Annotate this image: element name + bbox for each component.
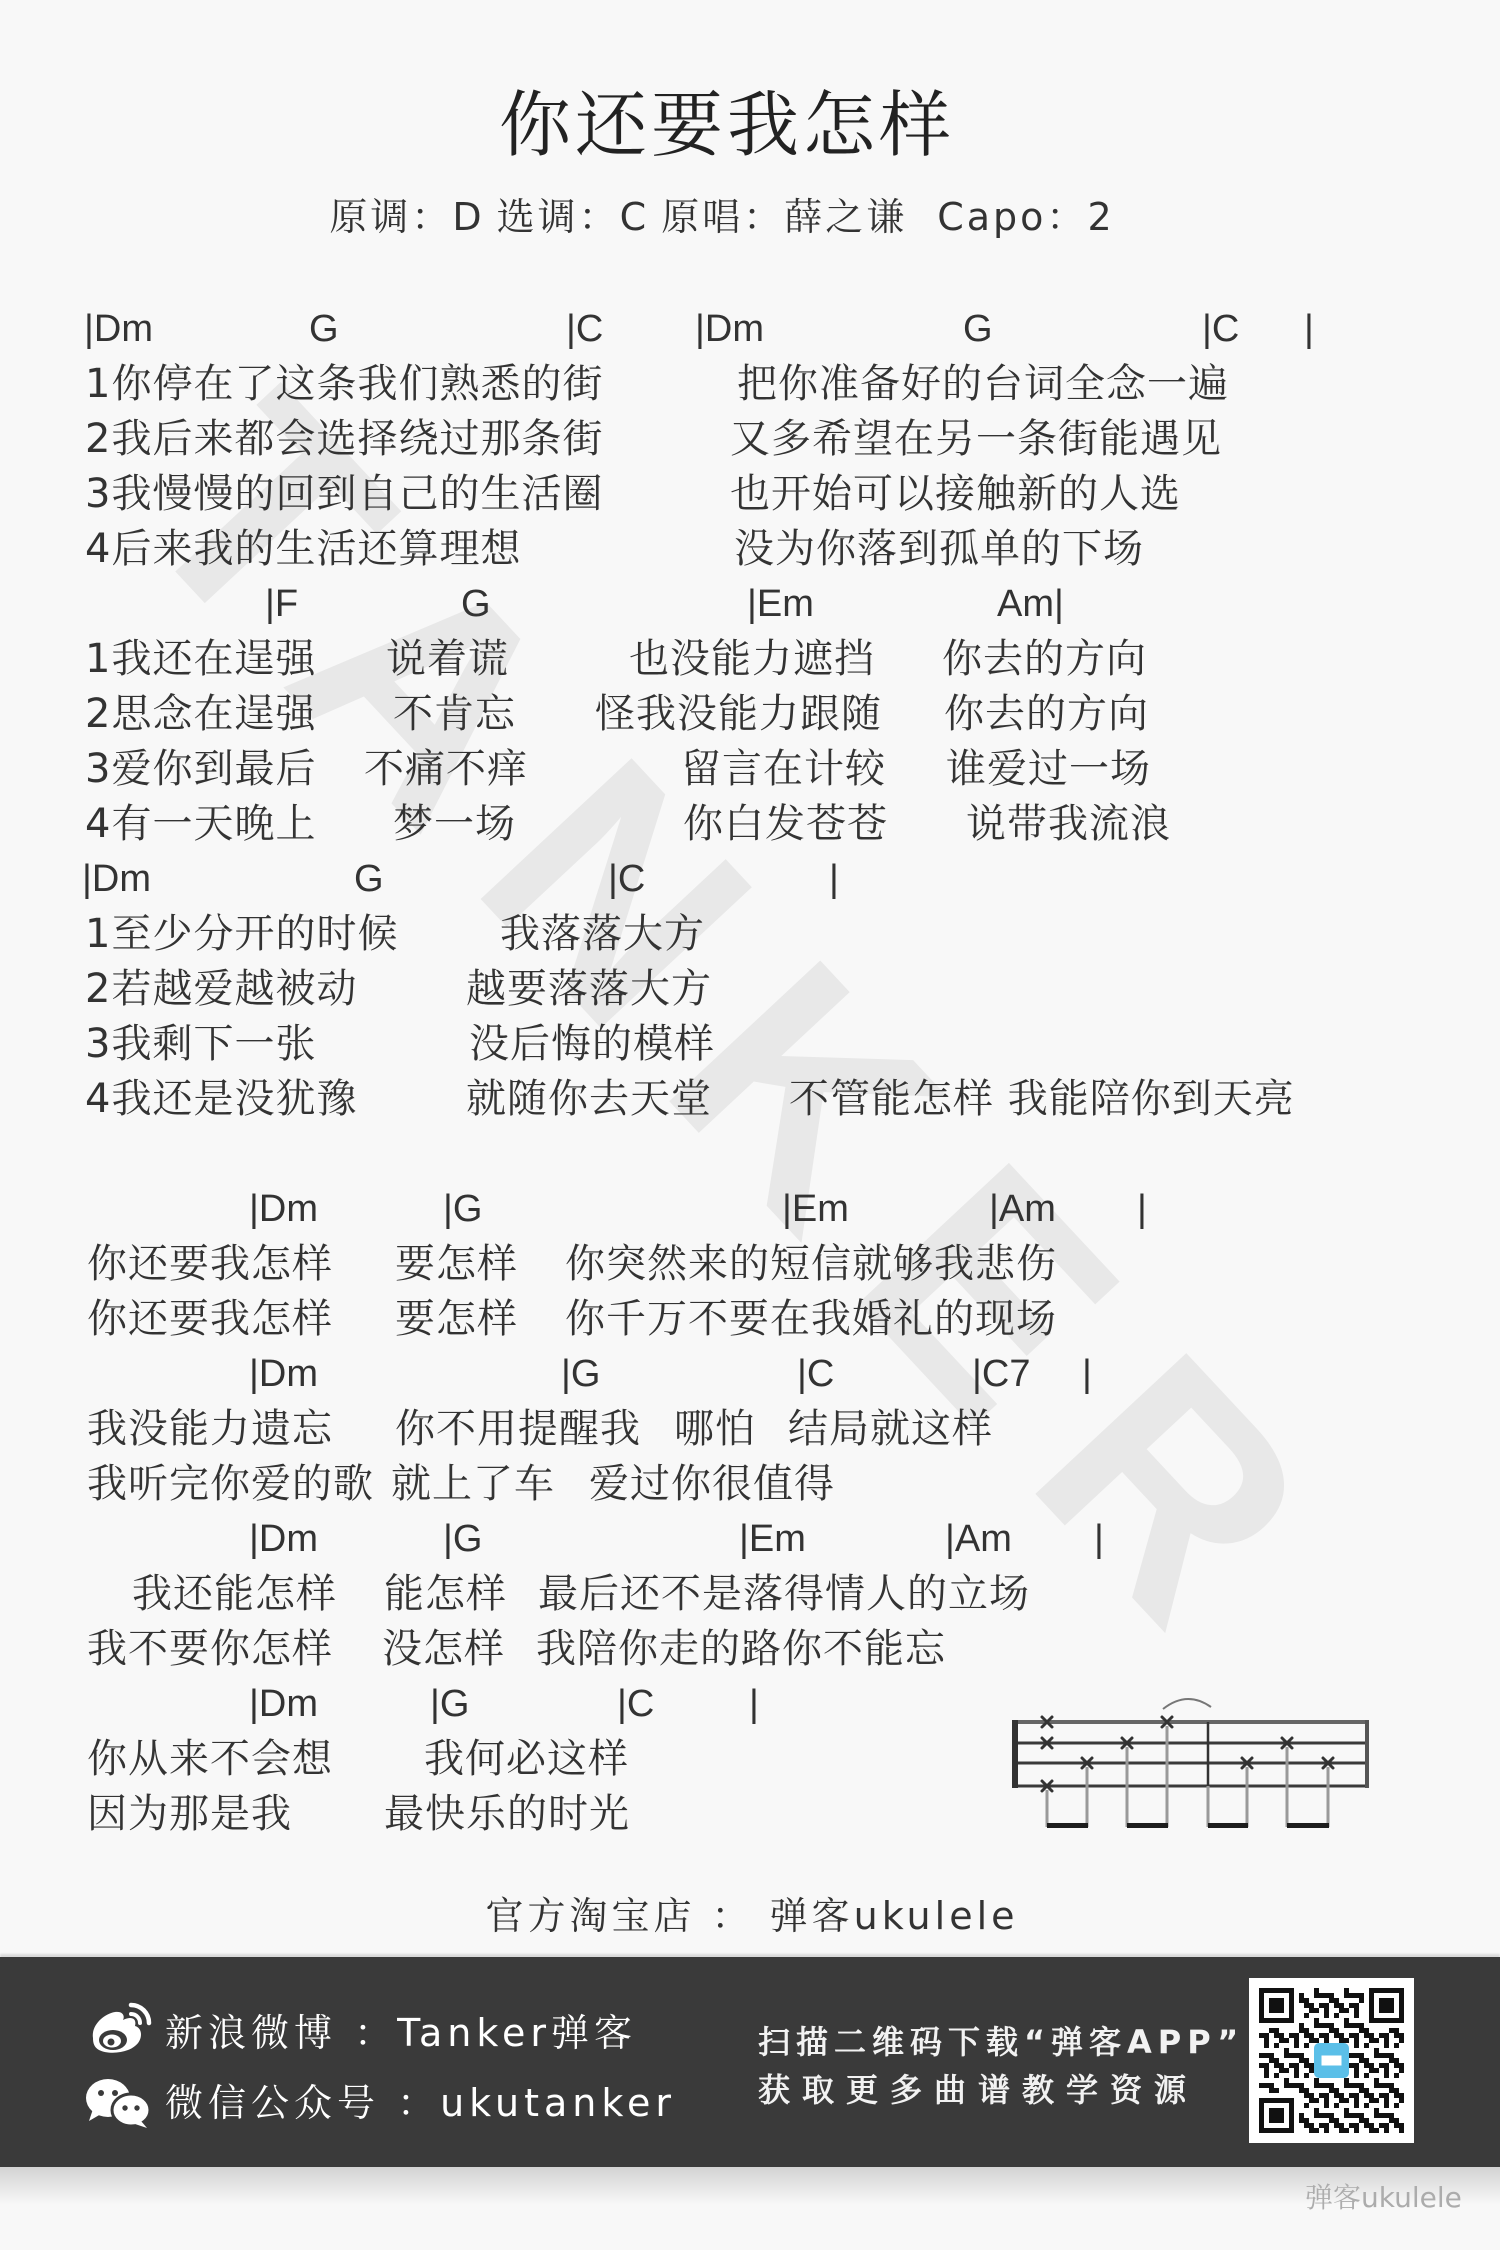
weibo-account: 新浪微博 ：Tanker弹客 bbox=[165, 2008, 637, 2058]
qr-code bbox=[1249, 1978, 1414, 2143]
chord: | bbox=[749, 1677, 759, 1732]
wechat-icon bbox=[85, 2077, 152, 2129]
lyric-row: 我听完你爱的歌 就上了车 爱过你很值得 bbox=[0, 1457, 1500, 1512]
chord: | bbox=[1094, 1512, 1104, 1567]
weibo-icon bbox=[87, 2000, 153, 2057]
lyric-row: 4我还是没犹豫 就随你去天堂 不管能怎样 我能陪你到天亮 bbox=[0, 1072, 1500, 1127]
original-key: D bbox=[452, 195, 484, 239]
chord: | bbox=[1137, 1182, 1147, 1237]
lyric-row: 1你停在了这条我们熟悉的街 把你准备好的台词全念一遍 bbox=[0, 357, 1500, 412]
chord-row: |F G |Em Am| bbox=[0, 577, 1500, 632]
lyric-segment: 你千万不要在我婚礼的现场 bbox=[565, 1292, 1057, 1347]
qr-code-pattern bbox=[1249, 1978, 1414, 2143]
chord: |Dm bbox=[249, 1182, 318, 1237]
lyric-segment: 1你停在了这条我们熟悉的街 bbox=[85, 357, 603, 412]
chord: |Em bbox=[739, 1512, 806, 1567]
footer-band: 新浪微博 ：Tanker弹客 微信公众号 ：ukutanker 扫描二维码下载“… bbox=[0, 1957, 1500, 2167]
shop-info: 官方淘宝店 ： 弹客ukulele bbox=[0, 1890, 1500, 1942]
lyric-segment: 你突然来的短信就够我悲伤 bbox=[565, 1237, 1057, 1292]
song-title: 你还要我怎样 bbox=[0, 78, 1454, 172]
chord: |F bbox=[265, 577, 298, 632]
lyric-segment: 哪怕 bbox=[674, 1402, 756, 1457]
lyric-segment: 没怎样 bbox=[382, 1622, 505, 1677]
selected-key: C bbox=[620, 195, 650, 239]
chord: |Em bbox=[782, 1182, 849, 1237]
chord: |Dm bbox=[84, 302, 153, 357]
lyric-segment: 我不要你怎样 bbox=[87, 1622, 333, 1677]
lyric-row: 你还要我怎样 要怎样 你千万不要在我婚礼的现场 bbox=[0, 1292, 1500, 1347]
lyric-segment: 3我慢慢的回到自己的生活圈 bbox=[85, 467, 603, 522]
lyric-segment: 最后还不是落得情人的立场 bbox=[538, 1567, 1030, 1622]
lyric-segment: 你不用提醒我 bbox=[395, 1402, 641, 1457]
lyric-row: 我不要你怎样 没怎样 我陪你走的路你不能忘 bbox=[0, 1622, 1500, 1677]
chord-row: |Dm |G |Em |Am | bbox=[0, 1512, 1500, 1567]
footer-shadow bbox=[0, 2167, 1500, 2205]
lyric-segment: 我听完你爱的歌 bbox=[87, 1457, 374, 1512]
lyric-segment: 越要落落大方 bbox=[466, 962, 712, 1017]
lyric-segment: 梦一场 bbox=[393, 797, 516, 852]
lyric-segment: 就上了车 bbox=[391, 1457, 555, 1512]
lyric-segment: 又多希望在另一条街能遇见 bbox=[730, 412, 1222, 467]
lyric-segment: 能怎样 bbox=[384, 1567, 507, 1622]
chord-row: |Dm G |C | bbox=[0, 852, 1500, 907]
tie-arc bbox=[1163, 1699, 1211, 1709]
chord: Am| bbox=[997, 577, 1064, 632]
chord: | bbox=[1304, 302, 1314, 357]
lyric-row: 3爱你到最后 不痛不痒 留言在计较 谁爱过一场 bbox=[0, 742, 1500, 797]
lyric-row: 我还能怎样 能怎样 最后还不是落得情人的立场 bbox=[0, 1567, 1500, 1622]
chord: |C bbox=[608, 852, 645, 907]
lyric-segment: 4有一天晚上 bbox=[85, 797, 316, 852]
selected-key-label: 选调： bbox=[497, 195, 620, 239]
singer: 薛之谦 bbox=[784, 195, 907, 239]
singer-label: 原唱： bbox=[661, 195, 784, 239]
chord: G bbox=[354, 852, 384, 907]
app-promo-line-2: 获取更多曲谱教学资源 bbox=[758, 2068, 1198, 2112]
chord-row: |Dm |G |C |C7 | bbox=[0, 1347, 1500, 1402]
lyric-segment: 你去的方向 bbox=[942, 632, 1147, 687]
lyric-row: 2若越爱越被动 越要落落大方 bbox=[0, 962, 1500, 1017]
chord: |Dm bbox=[249, 1347, 318, 1402]
lyric-segment: 我何必这样 bbox=[424, 1732, 629, 1787]
lyric-segment: 你还要我怎样 bbox=[87, 1292, 333, 1347]
chord-row: |Dm |G |Em |Am | bbox=[0, 1182, 1500, 1237]
lyric-segment: 不痛不痒 bbox=[364, 742, 528, 797]
lyric-row: 4后来我的生活还算理想 没为你落到孤单的下场 bbox=[0, 522, 1500, 577]
lyric-segment: 2思念在逞强 bbox=[85, 687, 316, 742]
lyric-segment: 4我还是没犹豫 bbox=[85, 1072, 357, 1127]
chord: |Dm bbox=[249, 1677, 318, 1732]
chord: |C bbox=[617, 1677, 654, 1732]
lyric-segment: 1至少分开的时候 bbox=[85, 907, 398, 962]
chord: |G bbox=[443, 1182, 482, 1237]
lyric-segment: 2我后来都会选择绕过那条街 bbox=[85, 412, 603, 467]
lyric-row: 3我慢慢的回到自己的生活圈 也开始可以接触新的人选 bbox=[0, 467, 1500, 522]
lyric-segment: 也开始可以接触新的人选 bbox=[730, 467, 1181, 522]
lyric-segment: 我没能力遗忘 bbox=[87, 1402, 333, 1457]
lyric-segment: 最快乐的时光 bbox=[384, 1787, 630, 1842]
lyric-segment: 你从来不会想 bbox=[87, 1732, 333, 1787]
lyric-segment: 把你准备好的台词全念一遍 bbox=[737, 357, 1229, 412]
lyric-segment: 3我剩下一张 bbox=[85, 1017, 316, 1072]
lyric-segment: 我落落大方 bbox=[500, 907, 705, 962]
chord: | bbox=[1082, 1347, 1092, 1402]
lyric-segment: 没为你落到孤单的下场 bbox=[734, 522, 1144, 577]
app-promo-line-1: 扫描二维码下载“弹客APP” bbox=[758, 2020, 1244, 2064]
chord: |Dm bbox=[695, 302, 764, 357]
lyric-segment: 不肯忘 bbox=[393, 687, 516, 742]
chord: |C bbox=[566, 302, 603, 357]
chord: |Dm bbox=[249, 1512, 318, 1567]
song-meta: 原调：D选调：C原唱：薛之谦Capo：2 bbox=[0, 190, 1444, 244]
chord: |Am bbox=[989, 1182, 1056, 1237]
chord: G bbox=[309, 302, 339, 357]
lyric-segment: 你去的方向 bbox=[944, 687, 1149, 742]
lyric-row: 我没能力遗忘 你不用提醒我 哪怕 结局就这样 bbox=[0, 1402, 1500, 1457]
lyric-segment: 因为那是我 bbox=[87, 1787, 292, 1842]
wechat-account: 微信公众号 ：ukutanker bbox=[165, 2078, 676, 2128]
chord: |C7 bbox=[972, 1347, 1030, 1402]
chord: |G bbox=[430, 1677, 469, 1732]
lyric-segment: 1我还在逞强 bbox=[85, 632, 316, 687]
strum-tab-diagram bbox=[1000, 1690, 1380, 1850]
lyric-segment: 说着谎 bbox=[386, 632, 509, 687]
lyric-row: 4有一天晚上 梦一场 你白发苍苍 说带我流浪 bbox=[0, 797, 1500, 852]
lyric-segment: 爱过你很值得 bbox=[589, 1457, 835, 1512]
chord: |G bbox=[443, 1512, 482, 1567]
lyric-segment: 谁爱过一场 bbox=[946, 742, 1151, 797]
lyric-segment: 怪我没能力跟随 bbox=[595, 687, 882, 742]
lyric-segment: 要怎样 bbox=[395, 1292, 518, 1347]
lyric-segment: 你还要我怎样 bbox=[87, 1237, 333, 1292]
lyric-segment: 就随你去天堂 bbox=[466, 1072, 712, 1127]
chord: |G bbox=[561, 1347, 600, 1402]
lyric-row: 2我后来都会选择绕过那条街 又多希望在另一条街能遇见 bbox=[0, 412, 1500, 467]
lyric-segment: 3爱你到最后 bbox=[85, 742, 316, 797]
chord: |Am bbox=[945, 1512, 1012, 1567]
original-key-label: 原调： bbox=[329, 195, 452, 239]
lyric-row: 2思念在逞强 不肯忘 怪我没能力跟随 你去的方向 bbox=[0, 687, 1500, 742]
chord: |Dm bbox=[82, 852, 151, 907]
lyric-segment: 不管能怎样 我能陪你到天亮 bbox=[789, 1072, 1295, 1127]
chord-row: |Dm G |C |Dm G |C | bbox=[0, 302, 1500, 357]
chord: | bbox=[829, 852, 839, 907]
lyric-segment: 我还能怎样 bbox=[132, 1567, 337, 1622]
corner-watermark: 弹客ukulele bbox=[1305, 2180, 1462, 2216]
chord: G bbox=[461, 577, 491, 632]
lyric-row: 1至少分开的时候 我落落大方 bbox=[0, 907, 1500, 962]
lyric-segment: 留言在计较 bbox=[681, 742, 886, 797]
lyric-segment: 也没能力遮挡 bbox=[629, 632, 875, 687]
lyric-segment: 要怎样 bbox=[395, 1237, 518, 1292]
lyric-segment: 没后悔的模样 bbox=[469, 1017, 715, 1072]
lyric-segment: 结局就这样 bbox=[788, 1402, 993, 1457]
lyric-row: 你还要我怎样 要怎样 你突然来的短信就够我悲伤 bbox=[0, 1237, 1500, 1292]
lyric-segment: 我陪你走的路你不能忘 bbox=[536, 1622, 946, 1677]
capo-label: Capo： bbox=[937, 195, 1087, 239]
lyric-row: 3我剩下一张 没后悔的模样 bbox=[0, 1017, 1500, 1072]
chord: G bbox=[963, 302, 993, 357]
chord: |Em bbox=[747, 577, 814, 632]
lyric-segment: 说带我流浪 bbox=[966, 797, 1171, 852]
chord: |C bbox=[797, 1347, 834, 1402]
capo-value: 2 bbox=[1087, 195, 1114, 239]
chord: |C bbox=[1202, 302, 1239, 357]
lyric-segment: 4后来我的生活还算理想 bbox=[85, 522, 521, 577]
lyric-row: 1我还在逞强 说着谎 也没能力遮挡 你去的方向 bbox=[0, 632, 1500, 687]
lyric-segment: 你白发苍苍 bbox=[683, 797, 888, 852]
lyric-segment: 2若越爱越被动 bbox=[85, 962, 357, 1017]
